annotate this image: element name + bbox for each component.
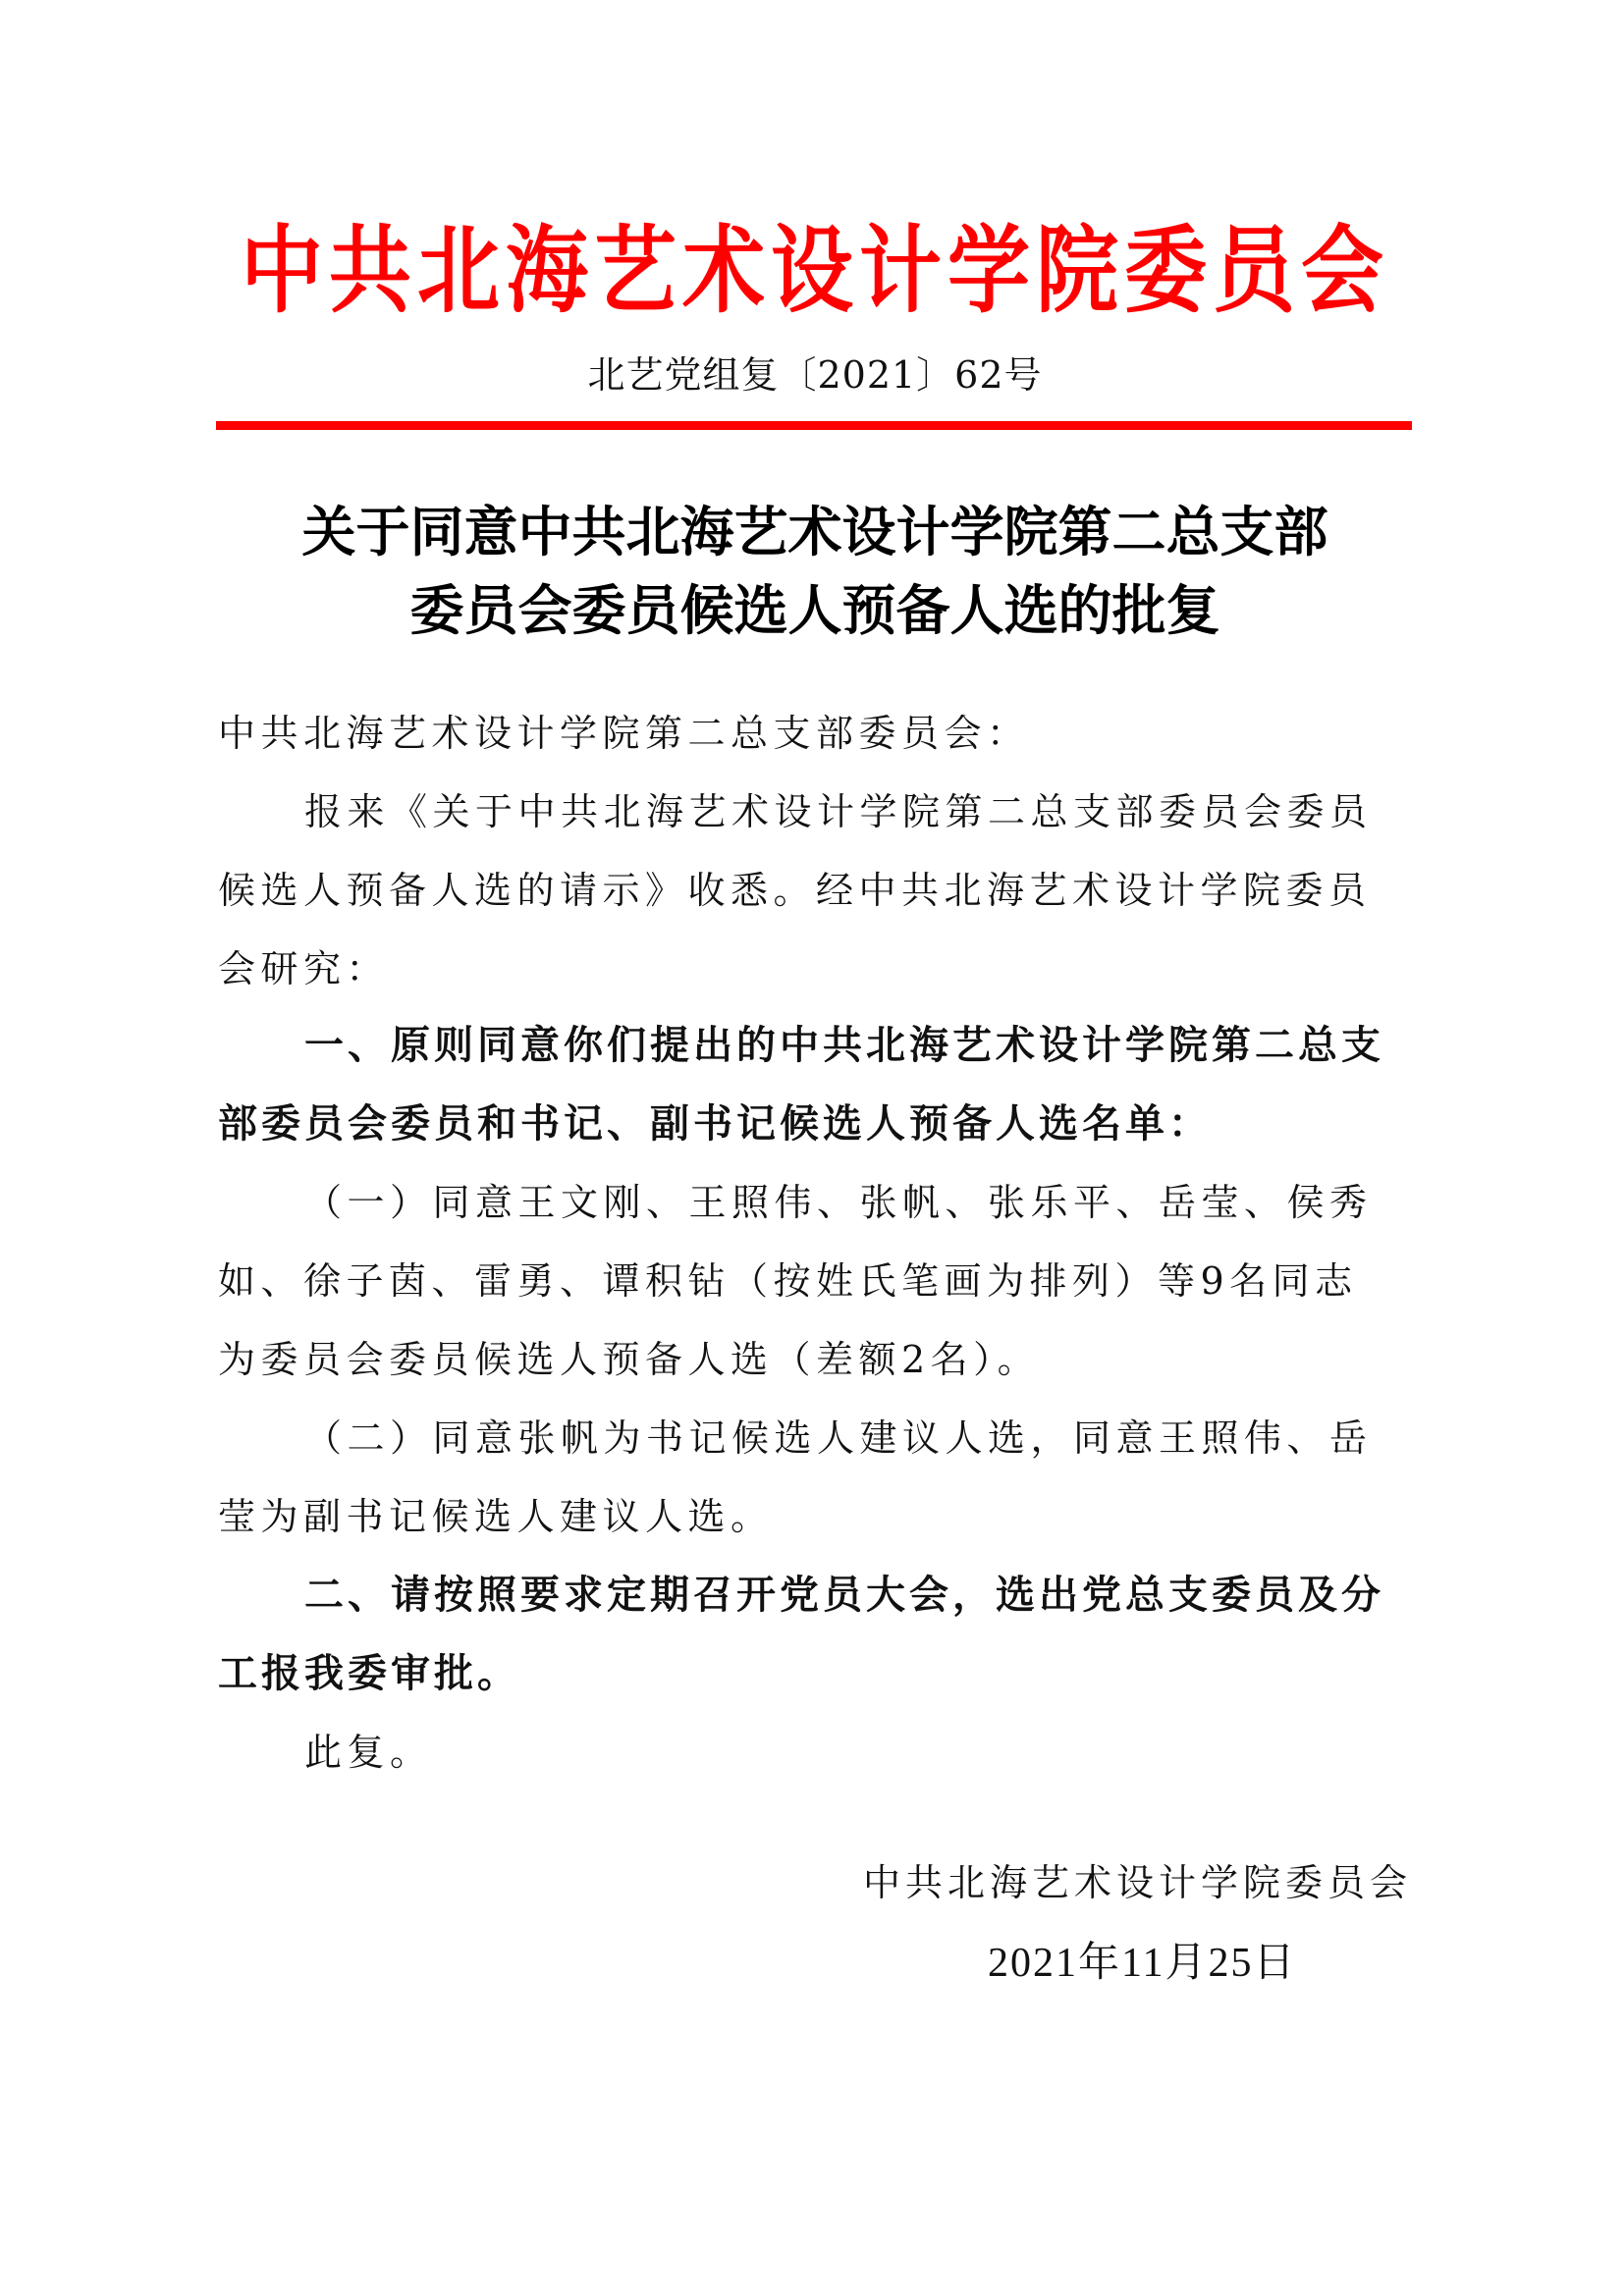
item1-line-3: 为委员会委员候选人预备人选（差额2名）。 <box>218 1335 1040 1384</box>
section2-heading-line-1: 二、请按照要求定期召开党员大会，选出党总支委员及分 <box>304 1571 1384 1620</box>
item1-line-1: （一）同意王文刚、王照伟、张帆、张乐平、岳莹、侯秀 <box>304 1178 1373 1227</box>
red-separator-rule <box>216 421 1412 430</box>
item2-line-1: （二）同意张帆为书记候选人建议人选，同意王照伟、岳 <box>304 1414 1373 1463</box>
issue-date: 2021年11月25日 <box>988 1939 1296 1988</box>
intro-line-1: 报来《关于中共北海艺术设计学院第二总支部委员会委员 <box>304 787 1373 836</box>
item1-line-2: 如、徐子茵、雷勇、谭积钻（按姓氏笔画为排列）等9名同志 <box>218 1256 1358 1306</box>
signatory: 中共北海艺术设计学院委员会 <box>863 1858 1412 1907</box>
section1-heading-line-1: 一、原则同意你们提出的中共北海艺术设计学院第二总支 <box>304 1021 1384 1070</box>
section2-heading-line-2: 工报我委审批。 <box>218 1649 520 1698</box>
document-title: 关于同意中共北海艺术设计学院第二总支部 委员会委员候选人预备人选的批复 <box>216 493 1414 650</box>
salutation: 中共北海艺术设计学院第二总支部委员会： <box>218 709 1030 758</box>
document-number: 北艺党组复〔2021〕62号 <box>216 351 1414 399</box>
intro-line-3: 会研究： <box>218 944 389 993</box>
intro-line-2: 候选人预备人选的请示》收悉。经中共北海艺术设计学院委员 <box>218 866 1372 915</box>
closing-remark: 此复。 <box>304 1728 433 1777</box>
title-line-1: 关于同意中共北海艺术设计学院第二总支部 <box>216 493 1414 571</box>
title-line-2: 委员会委员候选人预备人选的批复 <box>216 571 1414 650</box>
item2-line-2: 莹为副书记候选人建议人选。 <box>218 1492 774 1541</box>
document-page: 中共北海艺术设计学院委员会 北艺党组复〔2021〕62号 关于同意中共北海艺术设… <box>0 0 1624 2296</box>
section1-heading-line-2: 部委员会委员和书记、副书记候选人预备人选名单： <box>218 1099 1212 1148</box>
issuer-masthead: 中共北海艺术设计学院委员会 <box>216 214 1414 327</box>
